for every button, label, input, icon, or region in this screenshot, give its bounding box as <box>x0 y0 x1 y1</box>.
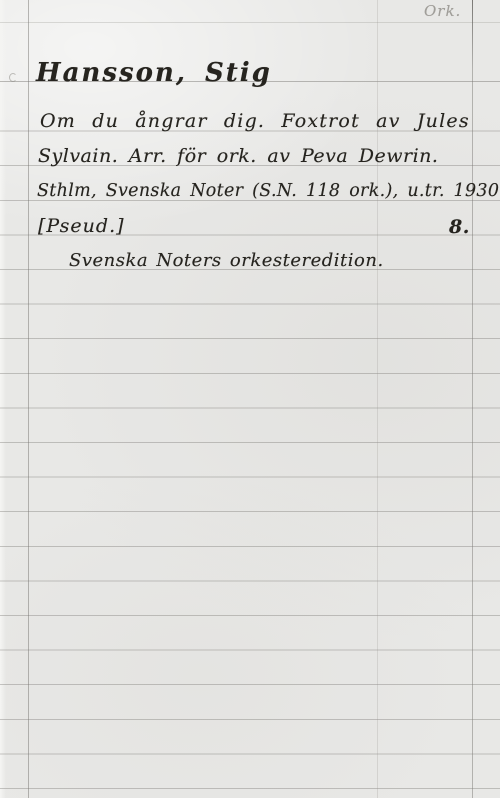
ruled-line-top <box>0 22 500 23</box>
entry-line-pseudonym: [Pseud.] <box>38 215 125 237</box>
left-margin-rule <box>28 0 29 798</box>
entry-line-title: Om du ångrar dig. Foxtrot av Jules <box>40 110 470 132</box>
card-heading: Hansson, Stig <box>36 58 272 88</box>
entry-line-publisher: Sthlm, Svenska Noter (S.N. 118 ork.), u.… <box>37 181 500 201</box>
right-margin-number: 8. <box>449 216 470 238</box>
pencil-speck <box>9 73 17 82</box>
ruled-lines <box>0 97 500 798</box>
catalog-card: Ork. Hansson, Stig Om du ångrar dig. Fox… <box>0 0 500 798</box>
right-margin-rule <box>472 0 473 798</box>
entry-line-series-note: Svenska Noters orkesteredition. <box>69 250 384 271</box>
corner-note-ork: Ork. <box>424 2 461 20</box>
entry-line-arranger: Sylvain. Arr. för ork. av Peva Dewrin. <box>38 145 438 167</box>
